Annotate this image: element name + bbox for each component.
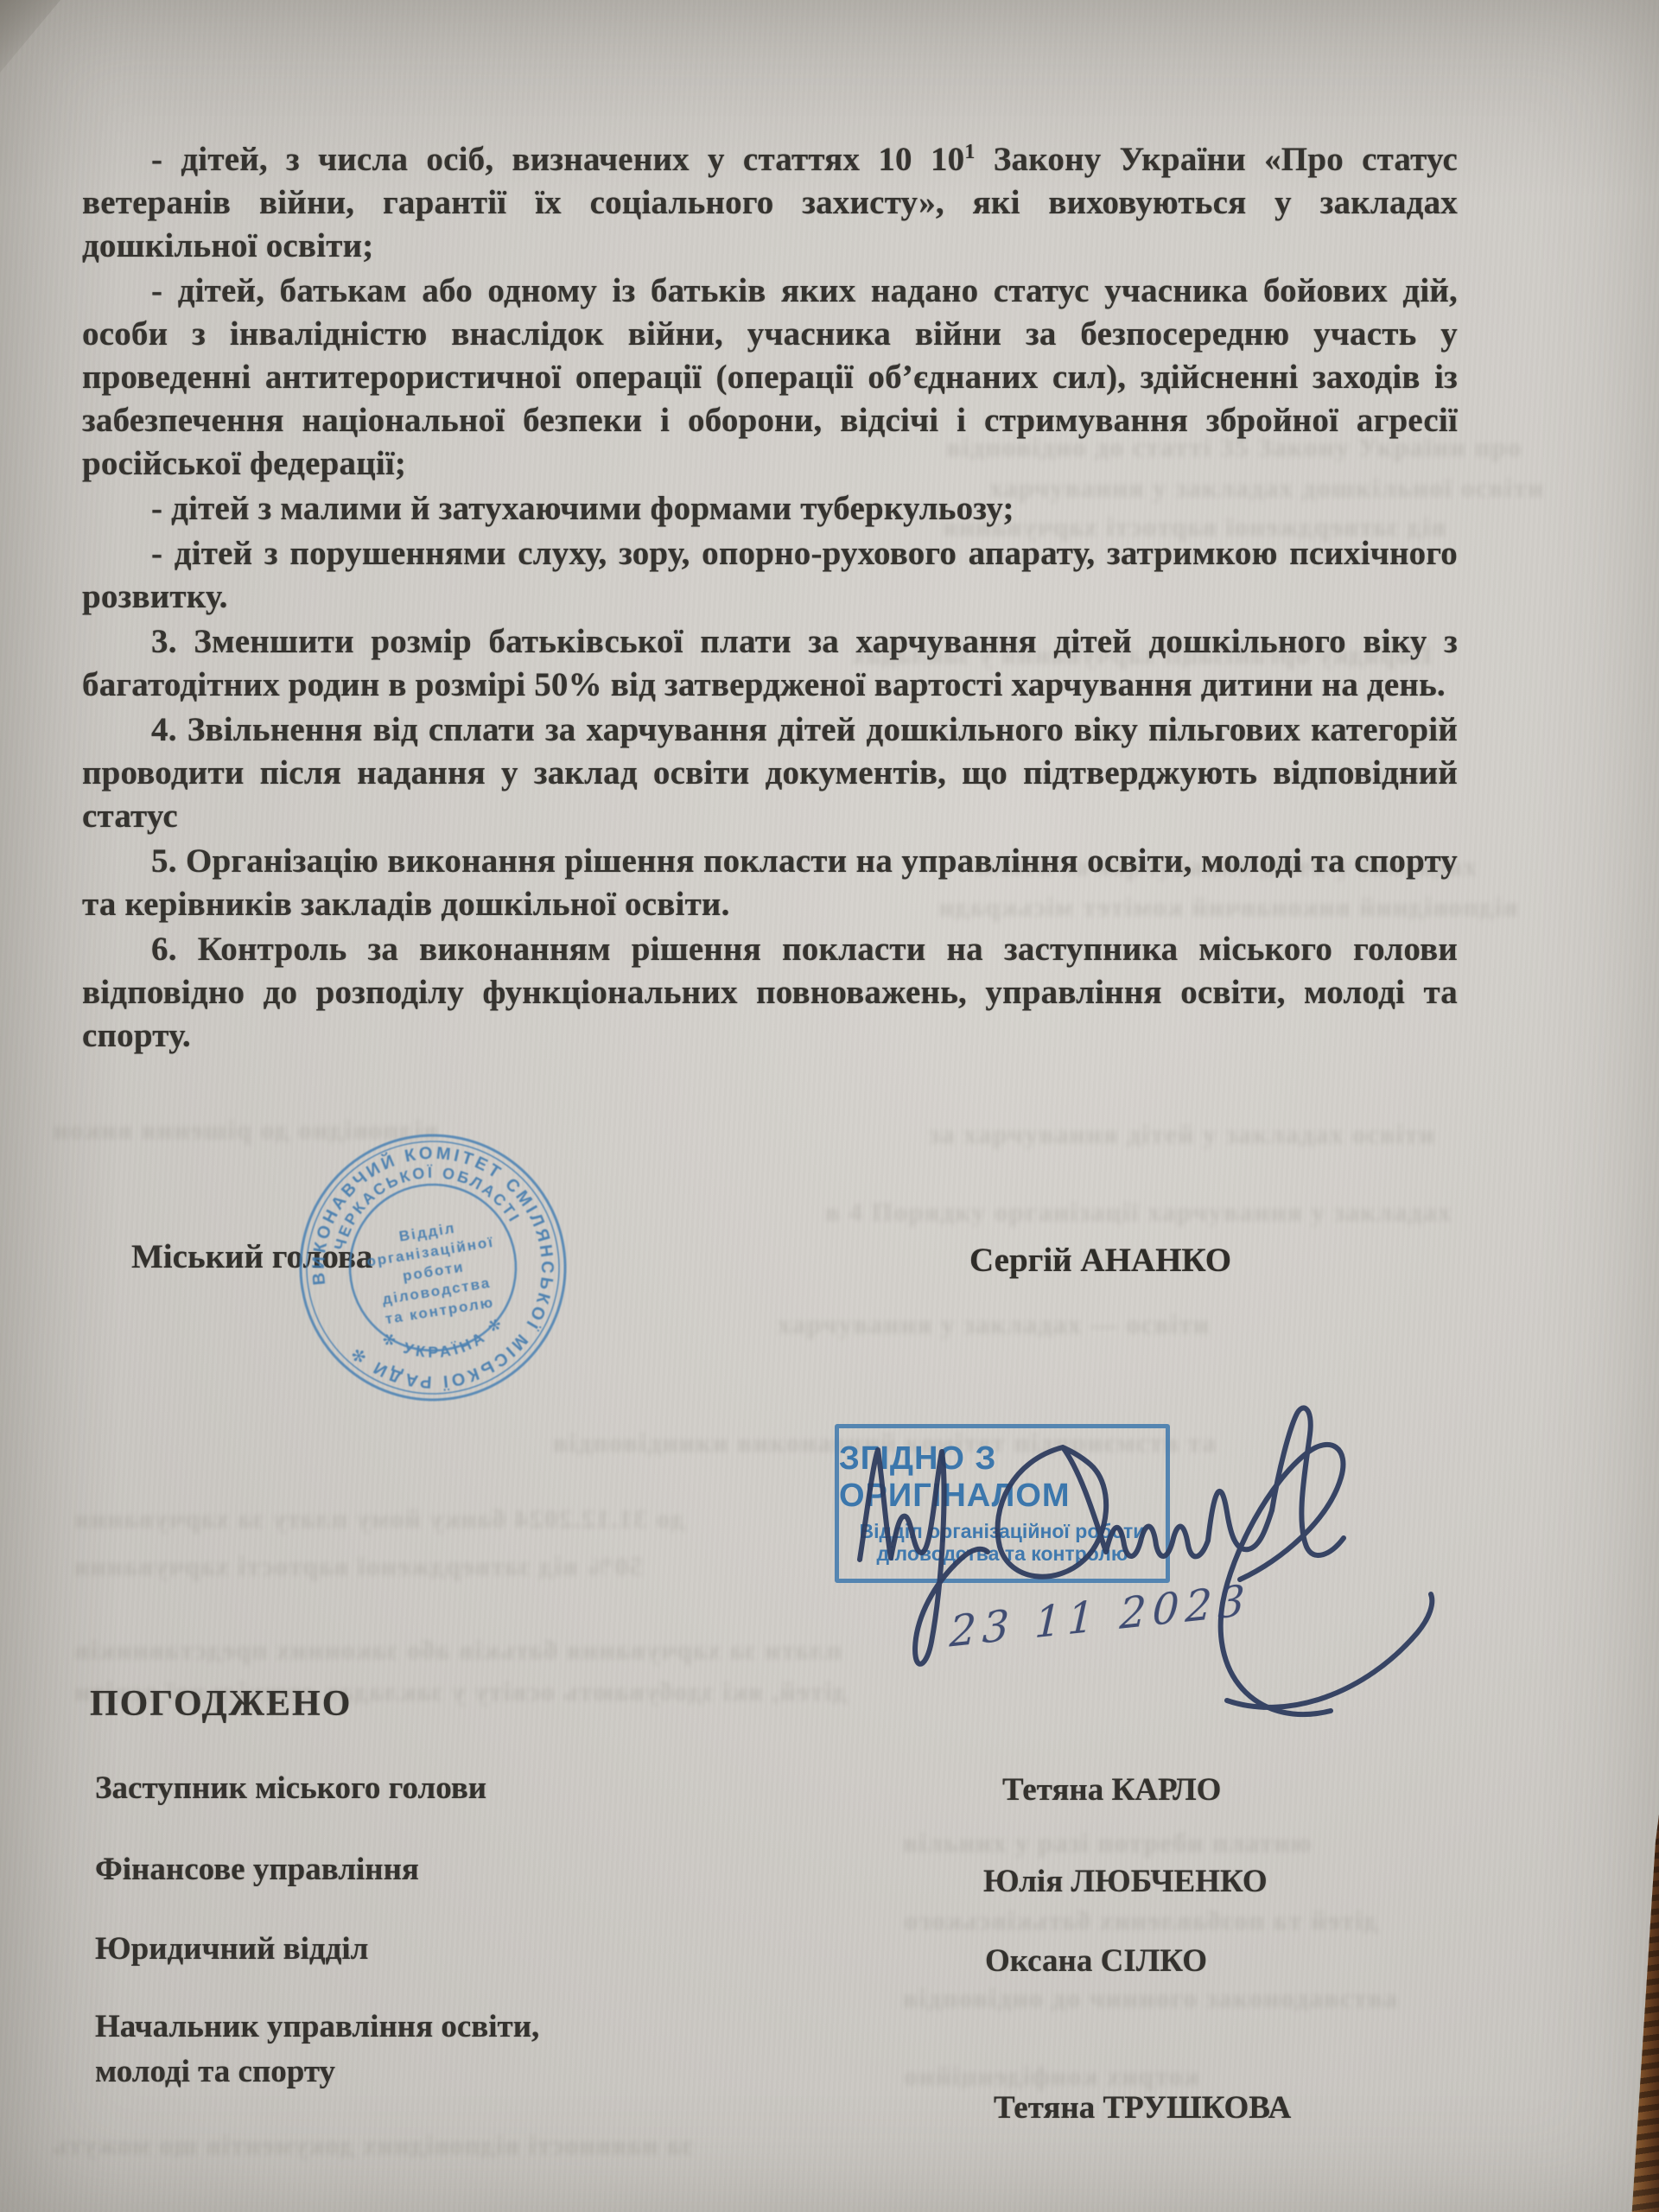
approval-row-title: Юридичний відділ	[95, 1930, 368, 1967]
paragraph-text: - дітей, з числа осіб, визначених у стат…	[151, 141, 964, 178]
approval-row-title-line2: молоді та спорту	[95, 2054, 335, 2089]
paragraph-veterans: - дітей, з числа осіб, визначених у стат…	[82, 138, 1458, 268]
approval-heading: ПОГОДЖЕНО	[90, 1683, 352, 1725]
signature-stroke	[1106, 1491, 1272, 1557]
paragraph-item-4: 4. Звільнення від сплати за харчування д…	[82, 709, 1458, 838]
superscript-article-number: 1	[964, 141, 975, 163]
approval-row-name: Юлія ЛЮБЧЕНКО	[983, 1863, 1268, 1900]
approval-row-title: Заступник міського голови	[95, 1770, 486, 1807]
approval-row-title-line1: Начальник управління освіти,	[95, 2009, 539, 2044]
approval-row-name: Оксана СІЛКО	[985, 1942, 1207, 1980]
bleed-through-text: 50% від затвердженої вартості харчування	[73, 1551, 643, 1582]
wooden-table-edge	[1630, 1815, 1659, 2212]
signature-flourish	[1227, 1594, 1432, 1707]
approval-row-name: Тетяна ТРУШКОВА	[994, 2089, 1291, 2126]
paragraph-item-6: 6. Контроль за виконанням рішення поклас…	[82, 928, 1458, 1058]
mayor-name: Сергій АНАНКО	[969, 1241, 1231, 1280]
approval-row-name: Тетяна КАРЛО	[1002, 1771, 1221, 1808]
bleed-through-text: харчування у закладах — освіти	[778, 1309, 1210, 1340]
photo-corner-shadow	[0, 0, 60, 73]
bleed-through-text: котрих конфіденційно	[903, 2061, 1198, 2092]
round-official-seal: ВИКОНАВЧИЙ КОМІТЕТ СМІЛЯНСЬКОЇ МІСЬКОЇ Р…	[274, 1109, 592, 1427]
paragraph-item-5: 5. Організацію виконання рішення покласт…	[82, 840, 1458, 926]
scanned-document-page: відповідно до статті 35 Закону України п…	[0, 0, 1659, 2212]
document-body: - дітей, з числа осіб, визначених у стат…	[82, 137, 1458, 1058]
bleed-through-text: за наявності відповідних документів що м…	[52, 2130, 693, 2161]
bleed-through-text: за харчування дітей у закладах освіти	[929, 1119, 1436, 1150]
bleed-through-text: вільних у разі потреби платню	[903, 1827, 1313, 1859]
bleed-through-text: дітей та позбавлених батьківського	[903, 1905, 1377, 1936]
paragraph-disabilities: - дітей з порушеннями слуху, зору, опорн…	[82, 532, 1458, 619]
paragraph-combatants: - дітей, батькам або одному із батьків я…	[82, 270, 1458, 486]
approval-row-title: Фінансове управління	[95, 1851, 419, 1888]
bleed-through-text: в 4 Порядку організації харчування у зак…	[825, 1197, 1452, 1228]
signature-stroke	[998, 1447, 1107, 1577]
seal-center-text: Відділ організаційної роботи діловодства…	[362, 1214, 505, 1329]
bleed-through-text: до 31.12.2024 банку йому плату за харчув…	[73, 1503, 684, 1535]
bleed-through-text: плати за харчування батьків або законних…	[73, 1635, 842, 1666]
handwritten-signature	[778, 1382, 1512, 1745]
bleed-through-text: відповідно до чинного законодавства	[903, 1983, 1398, 2014]
paragraph-item-3: 3. Зменшити розмір батьківської плати за…	[82, 620, 1458, 707]
approval-row-title: Начальник управління освіти, молоді та с…	[95, 2005, 579, 2094]
paragraph-tuberculosis: - дітей з малими й затухаючими формами т…	[82, 487, 1458, 531]
